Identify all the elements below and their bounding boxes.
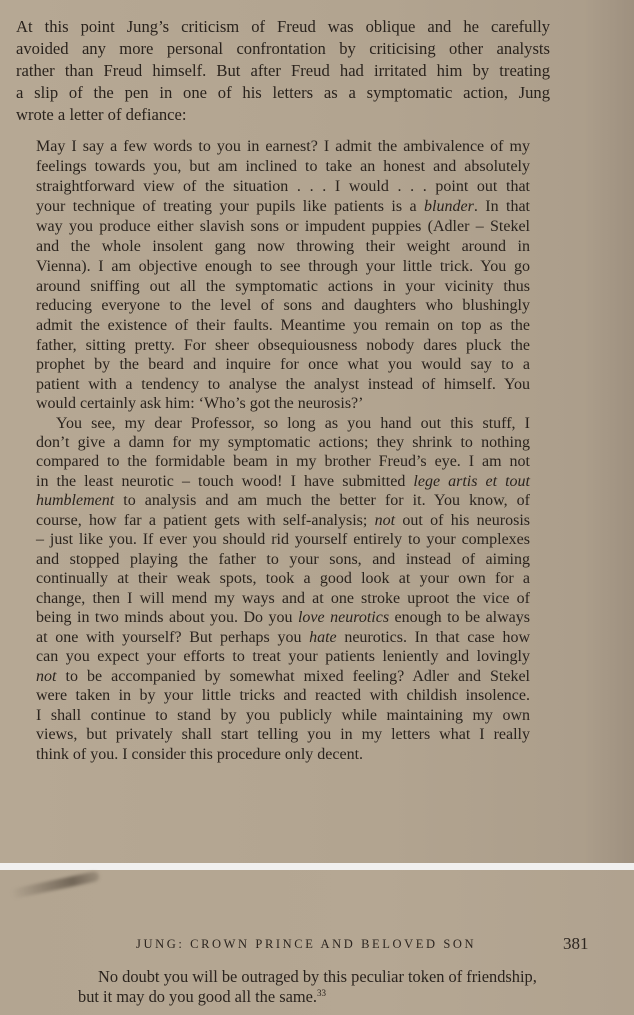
quote-line: don’t give a damn for my symptomatic act… xyxy=(36,433,530,453)
text-line: avoided any more personal confrontation … xyxy=(16,39,550,59)
line-text: but it may do you good all the same. xyxy=(78,987,317,1006)
line-text: being in two minds about you. Do you xyxy=(36,609,298,626)
line-text: . In that xyxy=(474,198,530,215)
quote-line: humblement to analysis and am much the b… xyxy=(36,491,530,511)
quote-line: change, then I will mend my ways and at … xyxy=(36,589,530,609)
quote-line: not to be accompanied by somewhat mixed … xyxy=(36,667,530,687)
footnote-reference: 33 xyxy=(317,988,326,998)
quote-line: straightforward view of the situation . … xyxy=(36,177,530,197)
line-text: at one with yourself? But perhaps you xyxy=(36,629,309,646)
quote-line: prophet by the beard and inquire for onc… xyxy=(36,355,530,375)
quote-line: patient with a tendency to analyse the a… xyxy=(36,375,530,395)
quote-line: and the whole insolent gang now throwing… xyxy=(36,237,530,257)
line-text: out of his neurosis xyxy=(395,512,530,529)
italic-text: not xyxy=(36,668,56,685)
line-text: your technique of treating your pupils l… xyxy=(36,198,424,215)
quote-line: admit the existence of their faults. Mea… xyxy=(36,316,530,336)
quote-line: and stopped playing the father to your s… xyxy=(36,550,530,570)
text-line: At this point Jung’s criticism of Freud … xyxy=(16,17,550,37)
text-line: wrote a letter of defiance: xyxy=(16,105,550,125)
page-separator xyxy=(0,863,634,870)
quote-line: around sniffing out all the symptomatic … xyxy=(36,277,530,297)
page-number: 381 xyxy=(563,934,589,954)
quote-line: were taken in by your little tricks and … xyxy=(36,686,530,706)
quote-line: feelings towards you, but am inclined to… xyxy=(36,157,530,177)
quote-line: compared to the formidable beam in my br… xyxy=(36,452,530,472)
text-line: rather than Freud himself. But after Fre… xyxy=(16,61,550,81)
line-text: in the least neurotic – touch wood! I ha… xyxy=(36,473,413,490)
italic-text: hate xyxy=(309,629,337,646)
quote-line: continually at their weak spots, took a … xyxy=(36,569,530,589)
italic-text: lege artis et tout xyxy=(413,473,530,490)
line-text: to be accompanied by somewhat mixed feel… xyxy=(56,668,530,685)
quote-line: your technique of treating your pupils l… xyxy=(36,197,530,217)
quote-line: way you produce either slavish sons or i… xyxy=(36,217,530,237)
quote-line: in the least neurotic – touch wood! I ha… xyxy=(36,472,530,492)
text-line: but it may do you good all the same.33 xyxy=(78,987,326,1007)
quote-line: reducing everyone to the level of sons a… xyxy=(36,296,530,316)
quote-line: being in two minds about you. Do you lov… xyxy=(36,608,530,628)
line-text: course, how far a patient gets with self… xyxy=(36,512,375,529)
line-text: to analysis and am much the better for i… xyxy=(114,492,530,509)
text-line: No doubt you will be outraged by this pe… xyxy=(98,967,537,987)
quote-line: think of you. I consider this procedure … xyxy=(36,745,530,765)
quote-line: course, how far a patient gets with self… xyxy=(36,511,530,531)
quote-line: – just like you. If ever you should rid … xyxy=(36,530,530,550)
text-line: a slip of the pen in one of his letters … xyxy=(16,83,550,103)
quote-line: May I say a few words to you in earnest?… xyxy=(36,137,530,157)
quote-line: Vienna). I am objective enough to see th… xyxy=(36,257,530,277)
quote-line: at one with yourself? But perhaps you ha… xyxy=(36,628,530,648)
quote-line: father, sitting pretty. For sheer obsequ… xyxy=(36,336,530,356)
line-text: neurotics. In that case how xyxy=(337,629,530,646)
line-text: enough to be always xyxy=(389,609,530,626)
italic-text: blunder xyxy=(424,198,474,215)
quote-line: would certainly ask him: ‘Who’s got the … xyxy=(36,394,530,414)
quote-line: I shall continue to stand by you publicl… xyxy=(36,706,530,726)
italic-text: not xyxy=(375,512,395,529)
italic-text: humblement xyxy=(36,492,114,509)
quote-line: You see, my dear Professor, so long as y… xyxy=(56,414,530,434)
running-head: JUNG: CROWN PRINCE AND BELOVED SON xyxy=(136,937,476,952)
italic-text: love neurotics xyxy=(298,609,389,626)
quote-line: views, but privately shall start telling… xyxy=(36,725,530,745)
quote-line: can you expect your efforts to treat you… xyxy=(36,647,530,667)
